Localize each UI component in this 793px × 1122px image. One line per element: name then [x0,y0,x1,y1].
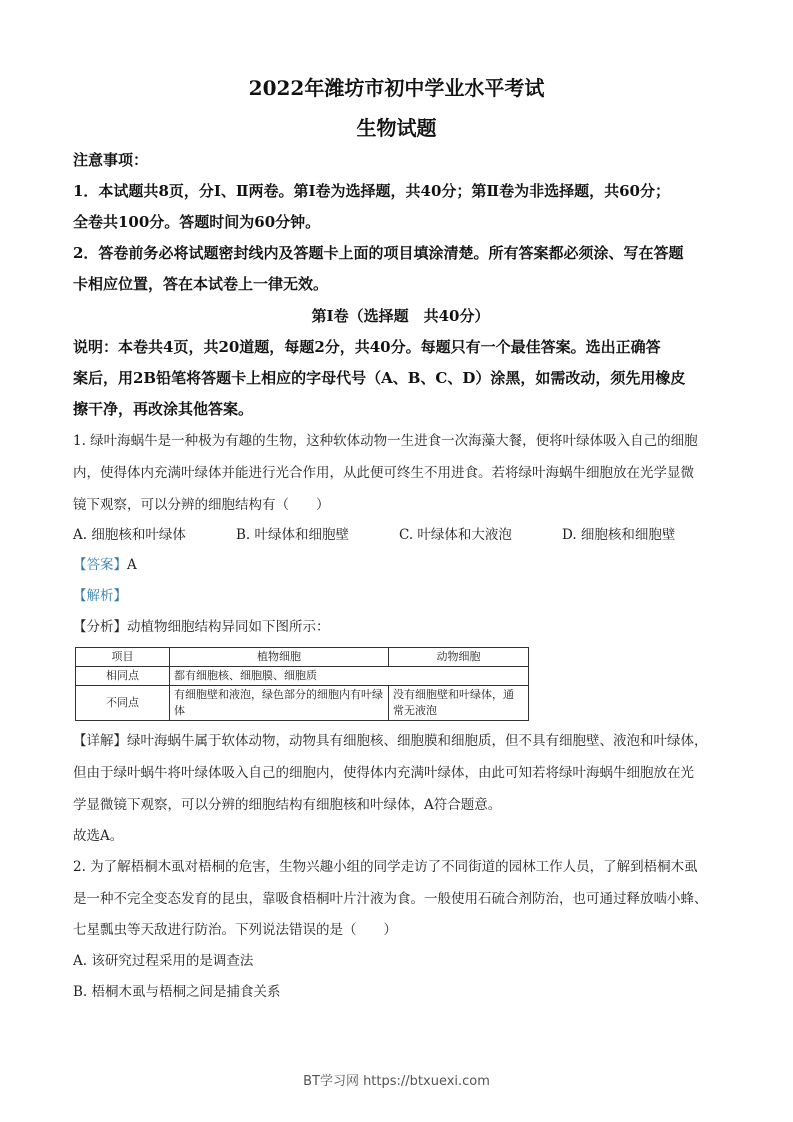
q1-option-d: D. 细胞核和细胞壁 [562,518,725,552]
section-1-desc-line-2: 案后，用2B铅笔将答题卡上相应的字母代号（A、B、C、D）涂黑，如需改动，须先用… [73,364,728,393]
table-cell: 相同点 [76,667,170,686]
table-row: 相同点 都有细胞核、细胞膜、细胞质 [76,667,529,686]
q1-stem-line-1: 1. 绿叶海蜗牛是一种极为有趣的生物，这种软体动物一生进食一次海藻大餐，便将叶绿… [73,424,728,458]
section-1-desc-line-3: 擦干净，再改涂其他答案。 [73,395,728,424]
table-cell: 有细胞壁和液泡，绿色部分的细胞内有叶绿体 [170,686,389,721]
cell-comparison-table: 项目 植物细胞 动物细胞 相同点 都有细胞核、细胞膜、细胞质 不同点 有细胞壁和… [75,647,529,721]
table-cell: 都有细胞核、细胞膜、细胞质 [170,667,529,686]
q2-option-a: A. 该研究过程采用的是调查法 [73,944,728,978]
notice-heading: 注意事项： [73,146,728,175]
exam-page: 2022年潍坊市初中学业水平考试 生物试题 注意事项： 1．本试题共8页，分Ⅰ、… [0,0,793,1122]
section-1-heading: 第Ⅰ卷（选择题 共40分） [73,302,728,331]
q1-stem-line-3: 镜下观察，可以分辨的细胞结构有（ ） [73,488,728,522]
notice-item-2-line-2: 卡相应位置，答在本试卷上一律无效。 [73,270,728,299]
q1-answer: 【答案】A [73,548,728,582]
watermark-footer: BT学习网 https://btxuexi.com [0,1070,793,1089]
q2-stem-line-3: 七星瓢虫等天敌进行防治。下列说法错误的是（ ） [73,913,728,947]
q2-stem-line-2: 是一种不完全变态发育的昆虫，靠吸食梧桐叶片汁液为食。一般使用石硫合剂防治，也可通… [73,882,728,916]
section-1-desc-line-1: 说明：本卷共4页，共20道题，每题2分，共40分。每题只有一个最佳答案。选出正确… [73,333,728,362]
q1-detail-line-1: 【详解】绿叶海蜗牛属于软体动物，动物具有细胞核、细胞膜和细胞质，但不具有细胞壁、… [73,724,728,758]
table-header-cell: 项目 [76,648,170,667]
table-cell: 不同点 [76,686,170,721]
answer-label: 【答案】 [73,557,127,573]
analysis-label: 【解析】 [73,579,728,613]
notice-item-1-line-1: 1．本试题共8页，分Ⅰ、Ⅱ两卷。第Ⅰ卷为选择题，共40分；第Ⅱ卷为非选择题，共6… [73,177,728,206]
table-header-row: 项目 植物细胞 动物细胞 [76,648,529,667]
notice-item-1-line-2: 全卷共100分。答题时间为60分钟。 [73,208,728,237]
q1-stem-line-2: 内，使得体内充满叶绿体并能进行光合作用，从此便可终生不用进食。若将绿叶海蜗牛细胞… [73,456,728,490]
q1-options: A. 细胞核和叶绿体 B. 叶绿体和细胞壁 C. 叶绿体和大液泡 D. 细胞核和… [73,518,728,552]
table-header-cell: 动物细胞 [389,648,529,667]
table-cell: 没有细胞壁和叶绿体，通常无液泡 [389,686,529,721]
q1-conclusion: 故选A。 [73,819,728,853]
exam-subtitle: 生物试题 [0,112,793,141]
table-header-cell: 植物细胞 [170,648,389,667]
table-row: 不同点 有细胞壁和液泡，绿色部分的细胞内有叶绿体 没有细胞壁和叶绿体，通常无液泡 [76,686,529,721]
q1-detail-line-2: 但由于绿叶蜗牛将叶绿体吸入自己的细胞内，使得体内充满叶绿体，由此可知若将绿叶海蜗… [73,756,728,790]
q1-option-b: B. 叶绿体和细胞壁 [236,518,399,552]
q1-option-c: C. 叶绿体和大液泡 [399,518,562,552]
q1-option-a: A. 细胞核和叶绿体 [73,518,236,552]
q2-stem-line-1: 2. 为了解梧桐木虱对梧桐的危害，生物兴趣小组的同学走访了不同街道的园林工作人员… [73,850,728,884]
q2-option-b: B. 梧桐木虱与梧桐之间是捕食关系 [73,975,728,1009]
q1-detail-line-3: 学显微镜下观察，可以分辨的细胞结构有细胞核和叶绿体，A符合题意。 [73,788,728,822]
answer-value: A [127,557,137,573]
exam-title: 2022年潍坊市初中学业水平考试 [0,72,793,101]
notice-item-2-line-1: 2．答卷前务必将试题密封线内及答题卡上面的项目填涂清楚。所有答案都必须涂、写在答… [73,239,728,268]
q1-fenxi: 【分析】动植物细胞结构异同如下图所示： [73,610,728,644]
